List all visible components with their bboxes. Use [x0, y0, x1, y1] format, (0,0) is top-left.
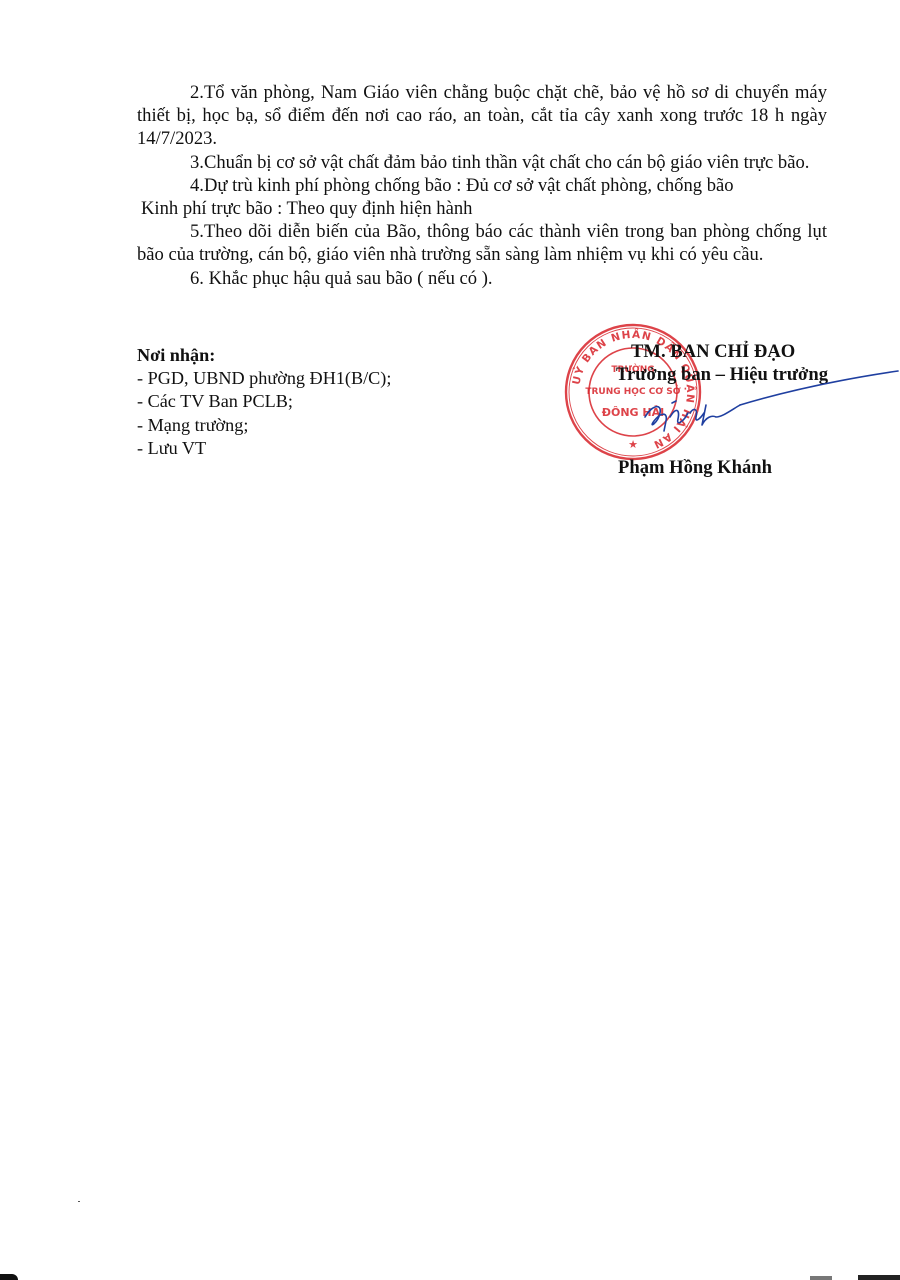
scan-edge-mark: [858, 1275, 900, 1280]
recipients-title: Nơi nhận:: [137, 344, 391, 367]
paragraph-item-4: 4.Dự trù kinh phí phòng chống bão : Đủ c…: [137, 174, 827, 197]
scan-edge-mark: [810, 1276, 832, 1280]
paragraph-item-4-funding: Kinh phí trực bão : Theo quy định hiện h…: [137, 197, 827, 220]
signer-name: Phạm Hồng Khánh: [618, 457, 772, 479]
document-page: 2.Tổ văn phòng, Nam Giáo viên chằng buộc…: [0, 0, 900, 1280]
document-body: 2.Tổ văn phòng, Nam Giáo viên chằng buộc…: [137, 81, 827, 290]
scan-edge-mark: [0, 1274, 18, 1280]
recipient-item: - PGD, UBND phường ĐH1(B/C);: [137, 367, 391, 390]
paragraph-item-3: 3.Chuẩn bị cơ sở vật chất đảm bảo tinh t…: [137, 151, 827, 174]
recipient-item: - Các TV Ban PCLB;: [137, 390, 391, 413]
recipient-item: - Mạng trường;: [137, 414, 391, 437]
paragraph-item-5: 5.Theo dõi diễn biến của Bão, thông báo …: [137, 220, 827, 266]
paragraph-item-2: 2.Tổ văn phòng, Nam Giáo viên chằng buộc…: [137, 81, 827, 151]
recipient-item: - Lưu VT: [137, 437, 391, 460]
handwritten-signature: [640, 355, 900, 445]
paragraph-item-6: 6. Khắc phục hậu quả sau bão ( nếu có ).: [137, 267, 827, 290]
scan-dot: [78, 1201, 80, 1202]
recipients-block: Nơi nhận: - PGD, UBND phường ĐH1(B/C); -…: [137, 344, 391, 460]
